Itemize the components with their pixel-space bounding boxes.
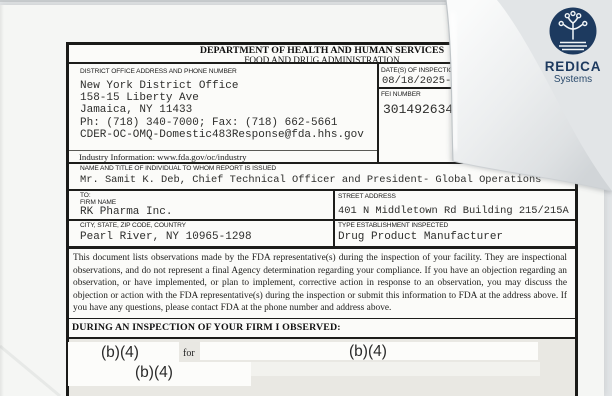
- date-fei-divider: [377, 87, 575, 89]
- page-left-shadow: [0, 5, 4, 396]
- disclaimer-paragraph: This document lists observations made by…: [73, 252, 567, 315]
- header-divider: [69, 62, 575, 64]
- to-label: TO:: [80, 192, 91, 199]
- district-office-label: DISTRICT OFFICE ADDRESS AND PHONE NUMBER: [80, 68, 237, 75]
- city-state-zip-label: CITY, STATE, ZIP CODE, COUNTRY: [80, 222, 186, 229]
- scanned-fda-483-screenshot: DEPARTMENT OF HEALTH AND HUMAN SERVICES …: [0, 0, 612, 396]
- fei-number-value: 3014926340: [383, 102, 461, 117]
- city-state-zip-value: Pearl River, NY 10965-1298: [80, 231, 252, 243]
- row3-bottom-border: [69, 189, 575, 191]
- redaction-b4-1: (b)(4): [101, 344, 139, 362]
- street-address-value: 401 N Middletown Rd Building 215/215A: [338, 205, 569, 217]
- establishment-type-label: TYPE ESTABLISHMENT INSPECTED: [338, 222, 448, 229]
- street-address-label: STREET ADDRESS: [338, 193, 396, 200]
- inspection-date-label: DATE(S) OF INSPECTION: [381, 67, 458, 74]
- row4-bottom-border: [69, 219, 575, 221]
- address-line-2: 158-15 Liberty Ave: [80, 92, 364, 104]
- address-line-1: New York District Office: [80, 80, 364, 92]
- address-line-3: Jamaica, NY 11433: [80, 104, 364, 116]
- row5-thick-border: [69, 246, 575, 249]
- address-line-5: CDER-OC-OMQ-Domestic483Response@fda.hhs.…: [80, 129, 364, 141]
- address-line-4: Ph: (718) 340-7000; Fax: (718) 662-5661: [80, 117, 364, 129]
- redaction-b4-3: (b)(4): [135, 364, 173, 382]
- paragraph-bottom-border: [69, 318, 575, 319]
- fei-number-label: FEI NUMBER: [381, 91, 421, 98]
- row2-bottom-border: [69, 162, 575, 164]
- row2-column-divider: [377, 64, 379, 162]
- inspection-date-value: 08/18/2025-0: [382, 75, 458, 87]
- redaction-connector: for: [183, 348, 195, 359]
- issued-to-name-value: Mr. Samit K. Deb, Chief Technical Office…: [80, 174, 541, 186]
- issued-to-name-label: NAME AND TITLE OF INDIVIDUAL TO WHOM REP…: [80, 165, 276, 172]
- observed-heading: DURING AN INSPECTION OF YOUR FIRM I OBSE…: [72, 322, 341, 333]
- row45-column-divider: [333, 190, 335, 246]
- district-office-address: New York District Office 158-15 Liberty …: [80, 80, 364, 141]
- firm-name-value: RK Pharma Inc.: [80, 206, 172, 218]
- redaction-patch-4: [251, 362, 540, 376]
- firm-name-label: FIRM NAME: [80, 199, 116, 206]
- establishment-type-value: Drug Product Manufacturer: [338, 231, 503, 243]
- redaction-b4-2: (b)(4): [349, 343, 387, 361]
- industry-info-link: Industry Information: www.fda.gov/oc/ind…: [79, 152, 247, 162]
- scan-top-edge: [0, 0, 448, 2]
- form-483-table: DEPARTMENT OF HEALTH AND HUMAN SERVICES …: [66, 42, 578, 396]
